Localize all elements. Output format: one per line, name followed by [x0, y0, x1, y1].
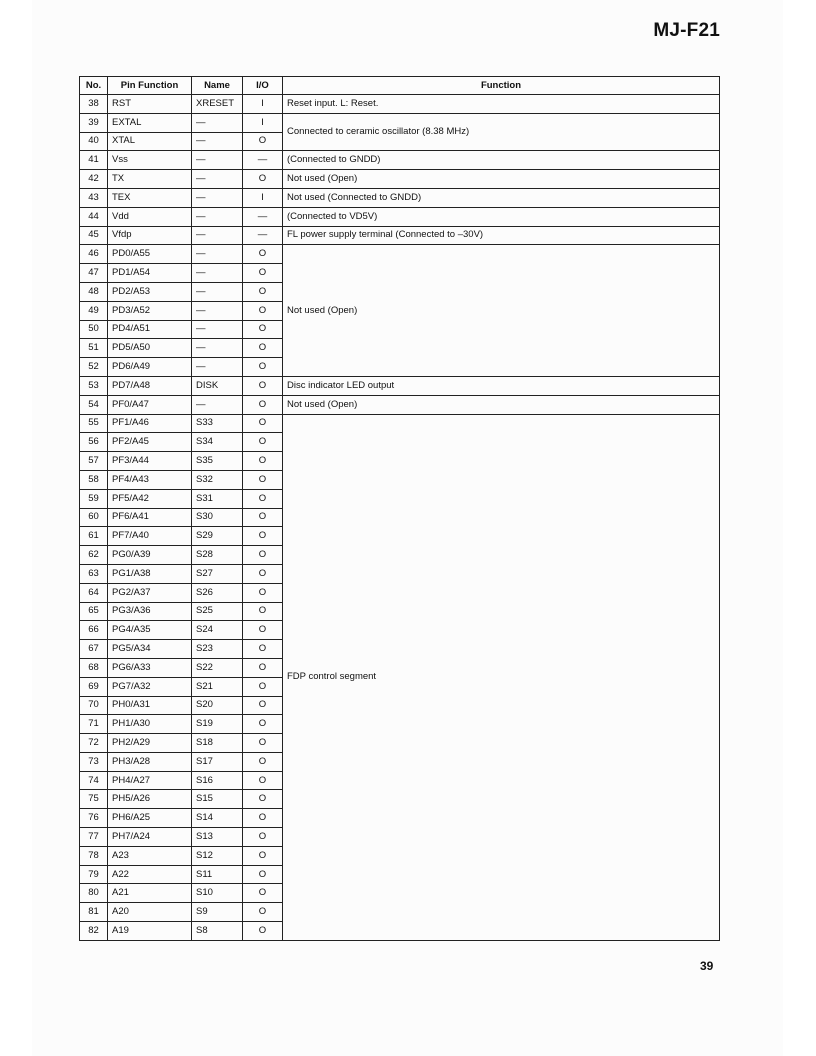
io-direction-cell: — [243, 151, 283, 170]
pin-number-cell: 53 [80, 376, 108, 395]
pin-function-cell: PD7/A48 [108, 376, 192, 395]
signal-name-cell: S14 [192, 809, 243, 828]
pin-function-cell: PG2/A37 [108, 583, 192, 602]
pin-number-cell: 56 [80, 433, 108, 452]
function-description-cell: FL power supply terminal (Connected to –… [283, 226, 720, 245]
pin-function-cell: PG7/A32 [108, 677, 192, 696]
io-direction-cell: O [243, 734, 283, 753]
pin-number-cell: 52 [80, 358, 108, 377]
pin-function-cell: PF7/A40 [108, 527, 192, 546]
pin-number-cell: 62 [80, 546, 108, 565]
table-row: 43TEX—INot used (Connected to GNDD) [80, 188, 720, 207]
io-direction-cell: O [243, 508, 283, 527]
pin-function-cell: PF0/A47 [108, 395, 192, 414]
signal-name-cell: S33 [192, 414, 243, 433]
signal-name-cell: S34 [192, 433, 243, 452]
io-direction-cell: O [243, 470, 283, 489]
signal-name-cell: S15 [192, 790, 243, 809]
pin-function-table: No. Pin Function Name I/O Function 38RST… [79, 76, 720, 941]
pin-number-cell: 71 [80, 715, 108, 734]
pin-number-cell: 44 [80, 207, 108, 226]
table-row: 46PD0/A55—ONot used (Open) [80, 245, 720, 264]
io-direction-cell: — [243, 226, 283, 245]
model-title: MJ-F21 [653, 20, 720, 42]
pin-number-cell: 50 [80, 320, 108, 339]
io-direction-cell: O [243, 358, 283, 377]
io-direction-cell: O [243, 264, 283, 283]
io-direction-cell: O [243, 922, 283, 941]
signal-name-cell: S31 [192, 489, 243, 508]
pin-function-cell: PD5/A50 [108, 339, 192, 358]
pin-function-cell: A20 [108, 903, 192, 922]
io-direction-cell: O [243, 828, 283, 847]
signal-name-cell: — [192, 282, 243, 301]
signal-name-cell: S30 [192, 508, 243, 527]
pin-number-cell: 70 [80, 696, 108, 715]
signal-name-cell: S35 [192, 452, 243, 471]
pin-function-cell: PH3/A28 [108, 752, 192, 771]
pin-number-cell: 75 [80, 790, 108, 809]
pin-number-cell: 38 [80, 95, 108, 114]
signal-name-cell: S16 [192, 771, 243, 790]
io-direction-cell: — [243, 207, 283, 226]
signal-name-cell: S22 [192, 658, 243, 677]
pin-function-cell: TX [108, 170, 192, 189]
io-direction-cell: O [243, 301, 283, 320]
pin-function-cell: RST [108, 95, 192, 114]
io-direction-cell: O [243, 621, 283, 640]
signal-name-cell: S25 [192, 602, 243, 621]
pin-number-cell: 59 [80, 489, 108, 508]
pin-function-cell: PD0/A55 [108, 245, 192, 264]
signal-name-cell: S24 [192, 621, 243, 640]
pin-number-cell: 58 [80, 470, 108, 489]
signal-name-cell: — [192, 113, 243, 132]
signal-name-cell: — [192, 264, 243, 283]
column-header-name: Name [192, 77, 243, 95]
signal-name-cell: S10 [192, 884, 243, 903]
pin-function-cell: PD4/A51 [108, 320, 192, 339]
pin-function-cell: PH1/A30 [108, 715, 192, 734]
signal-name-cell: — [192, 151, 243, 170]
pin-function-cell: PD1/A54 [108, 264, 192, 283]
pin-function-cell: PH4/A27 [108, 771, 192, 790]
function-description-cell: Not used (Open) [283, 245, 720, 377]
pin-function-cell: PH6/A25 [108, 809, 192, 828]
function-description-cell: (Connected to VD5V) [283, 207, 720, 226]
signal-name-cell: S26 [192, 583, 243, 602]
signal-name-cell: — [192, 188, 243, 207]
function-description-cell: Reset input. L: Reset. [283, 95, 720, 114]
signal-name-cell: — [192, 358, 243, 377]
pin-function-cell: PD6/A49 [108, 358, 192, 377]
table-row: 54PF0/A47—ONot used (Open) [80, 395, 720, 414]
io-direction-cell: O [243, 339, 283, 358]
pin-number-cell: 47 [80, 264, 108, 283]
io-direction-cell: O [243, 132, 283, 151]
pin-function-cell: PG0/A39 [108, 546, 192, 565]
pin-number-cell: 69 [80, 677, 108, 696]
pin-number-cell: 68 [80, 658, 108, 677]
pin-number-cell: 55 [80, 414, 108, 433]
pin-number-cell: 46 [80, 245, 108, 264]
table-row: 41Vss——(Connected to GNDD) [80, 151, 720, 170]
pin-function-cell: EXTAL [108, 113, 192, 132]
io-direction-cell: O [243, 696, 283, 715]
io-direction-cell: O [243, 395, 283, 414]
io-direction-cell: O [243, 752, 283, 771]
column-header-no: No. [80, 77, 108, 95]
io-direction-cell: O [243, 245, 283, 264]
pin-function-cell: PF5/A42 [108, 489, 192, 508]
pin-number-cell: 77 [80, 828, 108, 847]
table-body: 38RSTXRESETIReset input. L: Reset.39EXTA… [80, 95, 720, 941]
column-header-io: I/O [243, 77, 283, 95]
signal-name-cell: — [192, 245, 243, 264]
pin-number-cell: 39 [80, 113, 108, 132]
signal-name-cell: — [192, 207, 243, 226]
pin-function-cell: PD2/A53 [108, 282, 192, 301]
pin-number-cell: 72 [80, 734, 108, 753]
io-direction-cell: I [243, 188, 283, 207]
pin-number-cell: 65 [80, 602, 108, 621]
function-description-cell: Not used (Connected to GNDD) [283, 188, 720, 207]
io-direction-cell: O [243, 564, 283, 583]
signal-name-cell: S19 [192, 715, 243, 734]
pin-function-cell: PH5/A26 [108, 790, 192, 809]
io-direction-cell: O [243, 489, 283, 508]
signal-name-cell: S23 [192, 640, 243, 659]
signal-name-cell: S11 [192, 865, 243, 884]
io-direction-cell: O [243, 865, 283, 884]
io-direction-cell: O [243, 414, 283, 433]
signal-name-cell: — [192, 226, 243, 245]
table-row: 53PD7/A48DISKODisc indicator LED output [80, 376, 720, 395]
signal-name-cell: — [192, 301, 243, 320]
pin-number-cell: 79 [80, 865, 108, 884]
table-row: 42TX—ONot used (Open) [80, 170, 720, 189]
pin-number-cell: 60 [80, 508, 108, 527]
io-direction-cell: O [243, 846, 283, 865]
function-description-cell: (Connected to GNDD) [283, 151, 720, 170]
io-direction-cell: O [243, 884, 283, 903]
pin-function-cell: PF2/A45 [108, 433, 192, 452]
pin-function-cell: PF6/A41 [108, 508, 192, 527]
pin-number-cell: 76 [80, 809, 108, 828]
pin-function-cell: PG6/A33 [108, 658, 192, 677]
io-direction-cell: O [243, 452, 283, 471]
function-description-cell: Not used (Open) [283, 170, 720, 189]
io-direction-cell: O [243, 658, 283, 677]
pin-function-cell: PF4/A43 [108, 470, 192, 489]
pin-function-cell: TEX [108, 188, 192, 207]
pin-number-cell: 73 [80, 752, 108, 771]
io-direction-cell: O [243, 640, 283, 659]
signal-name-cell: S32 [192, 470, 243, 489]
pin-number-cell: 74 [80, 771, 108, 790]
signal-name-cell: — [192, 170, 243, 189]
pin-number-cell: 57 [80, 452, 108, 471]
pin-number-cell: 43 [80, 188, 108, 207]
pin-number-cell: 45 [80, 226, 108, 245]
column-header-pin-function: Pin Function [108, 77, 192, 95]
pin-number-cell: 54 [80, 395, 108, 414]
signal-name-cell: DISK [192, 376, 243, 395]
pin-function-cell: A21 [108, 884, 192, 903]
signal-name-cell: XRESET [192, 95, 243, 114]
io-direction-cell: O [243, 320, 283, 339]
pin-function-cell: PH2/A29 [108, 734, 192, 753]
table-row: 55PF1/A46S33OFDP control segment [80, 414, 720, 433]
pin-function-cell: PF1/A46 [108, 414, 192, 433]
signal-name-cell: S27 [192, 564, 243, 583]
io-direction-cell: O [243, 677, 283, 696]
io-direction-cell: I [243, 113, 283, 132]
function-description-cell: Not used (Open) [283, 395, 720, 414]
pin-function-cell: Vfdp [108, 226, 192, 245]
signal-name-cell: S12 [192, 846, 243, 865]
signal-name-cell: S28 [192, 546, 243, 565]
pin-number-cell: 67 [80, 640, 108, 659]
pin-number-cell: 82 [80, 922, 108, 941]
io-direction-cell: O [243, 715, 283, 734]
pin-number-cell: 78 [80, 846, 108, 865]
function-description-cell: Disc indicator LED output [283, 376, 720, 395]
io-direction-cell: O [243, 433, 283, 452]
io-direction-cell: O [243, 602, 283, 621]
pin-number-cell: 63 [80, 564, 108, 583]
io-direction-cell: O [243, 282, 283, 301]
pin-number-cell: 42 [80, 170, 108, 189]
function-description-cell: Connected to ceramic oscillator (8.38 MH… [283, 113, 720, 151]
function-description-cell: FDP control segment [283, 414, 720, 940]
pin-function-cell: A19 [108, 922, 192, 941]
pin-number-cell: 66 [80, 621, 108, 640]
pin-number-cell: 49 [80, 301, 108, 320]
pin-function-cell: PF3/A44 [108, 452, 192, 471]
column-header-function: Function [283, 77, 720, 95]
signal-name-cell: — [192, 320, 243, 339]
signal-name-cell: S8 [192, 922, 243, 941]
pin-number-cell: 40 [80, 132, 108, 151]
pin-number-cell: 80 [80, 884, 108, 903]
signal-name-cell: S29 [192, 527, 243, 546]
io-direction-cell: O [243, 771, 283, 790]
signal-name-cell: S20 [192, 696, 243, 715]
table-row: 38RSTXRESETIReset input. L: Reset. [80, 95, 720, 114]
pin-function-cell: Vdd [108, 207, 192, 226]
page-number: 39 [700, 959, 713, 973]
pin-number-cell: 61 [80, 527, 108, 546]
io-direction-cell: O [243, 170, 283, 189]
io-direction-cell: O [243, 790, 283, 809]
pin-function-cell: A22 [108, 865, 192, 884]
io-direction-cell: O [243, 376, 283, 395]
signal-name-cell: — [192, 395, 243, 414]
pin-function-cell: PG1/A38 [108, 564, 192, 583]
pin-function-cell: PH0/A31 [108, 696, 192, 715]
pin-function-cell: A23 [108, 846, 192, 865]
signal-name-cell: S17 [192, 752, 243, 771]
pin-function-cell: PG5/A34 [108, 640, 192, 659]
signal-name-cell: S21 [192, 677, 243, 696]
pin-function-cell: PG4/A35 [108, 621, 192, 640]
pin-function-cell: XTAL [108, 132, 192, 151]
pin-function-cell: Vss [108, 151, 192, 170]
signal-name-cell: S13 [192, 828, 243, 847]
signal-name-cell: — [192, 339, 243, 358]
pin-function-cell: PD3/A52 [108, 301, 192, 320]
signal-name-cell: — [192, 132, 243, 151]
signal-name-cell: S9 [192, 903, 243, 922]
pin-number-cell: 64 [80, 583, 108, 602]
io-direction-cell: I [243, 95, 283, 114]
pin-number-cell: 48 [80, 282, 108, 301]
pin-number-cell: 81 [80, 903, 108, 922]
io-direction-cell: O [243, 527, 283, 546]
io-direction-cell: O [243, 546, 283, 565]
io-direction-cell: O [243, 809, 283, 828]
io-direction-cell: O [243, 583, 283, 602]
table-header-row: No. Pin Function Name I/O Function [80, 77, 720, 95]
pin-number-cell: 41 [80, 151, 108, 170]
signal-name-cell: S18 [192, 734, 243, 753]
io-direction-cell: O [243, 903, 283, 922]
table-row: 45Vfdp——FL power supply terminal (Connec… [80, 226, 720, 245]
pin-function-cell: PH7/A24 [108, 828, 192, 847]
table-row: 39EXTAL—IConnected to ceramic oscillator… [80, 113, 720, 132]
pin-number-cell: 51 [80, 339, 108, 358]
pin-function-cell: PG3/A36 [108, 602, 192, 621]
table-row: 44Vdd——(Connected to VD5V) [80, 207, 720, 226]
